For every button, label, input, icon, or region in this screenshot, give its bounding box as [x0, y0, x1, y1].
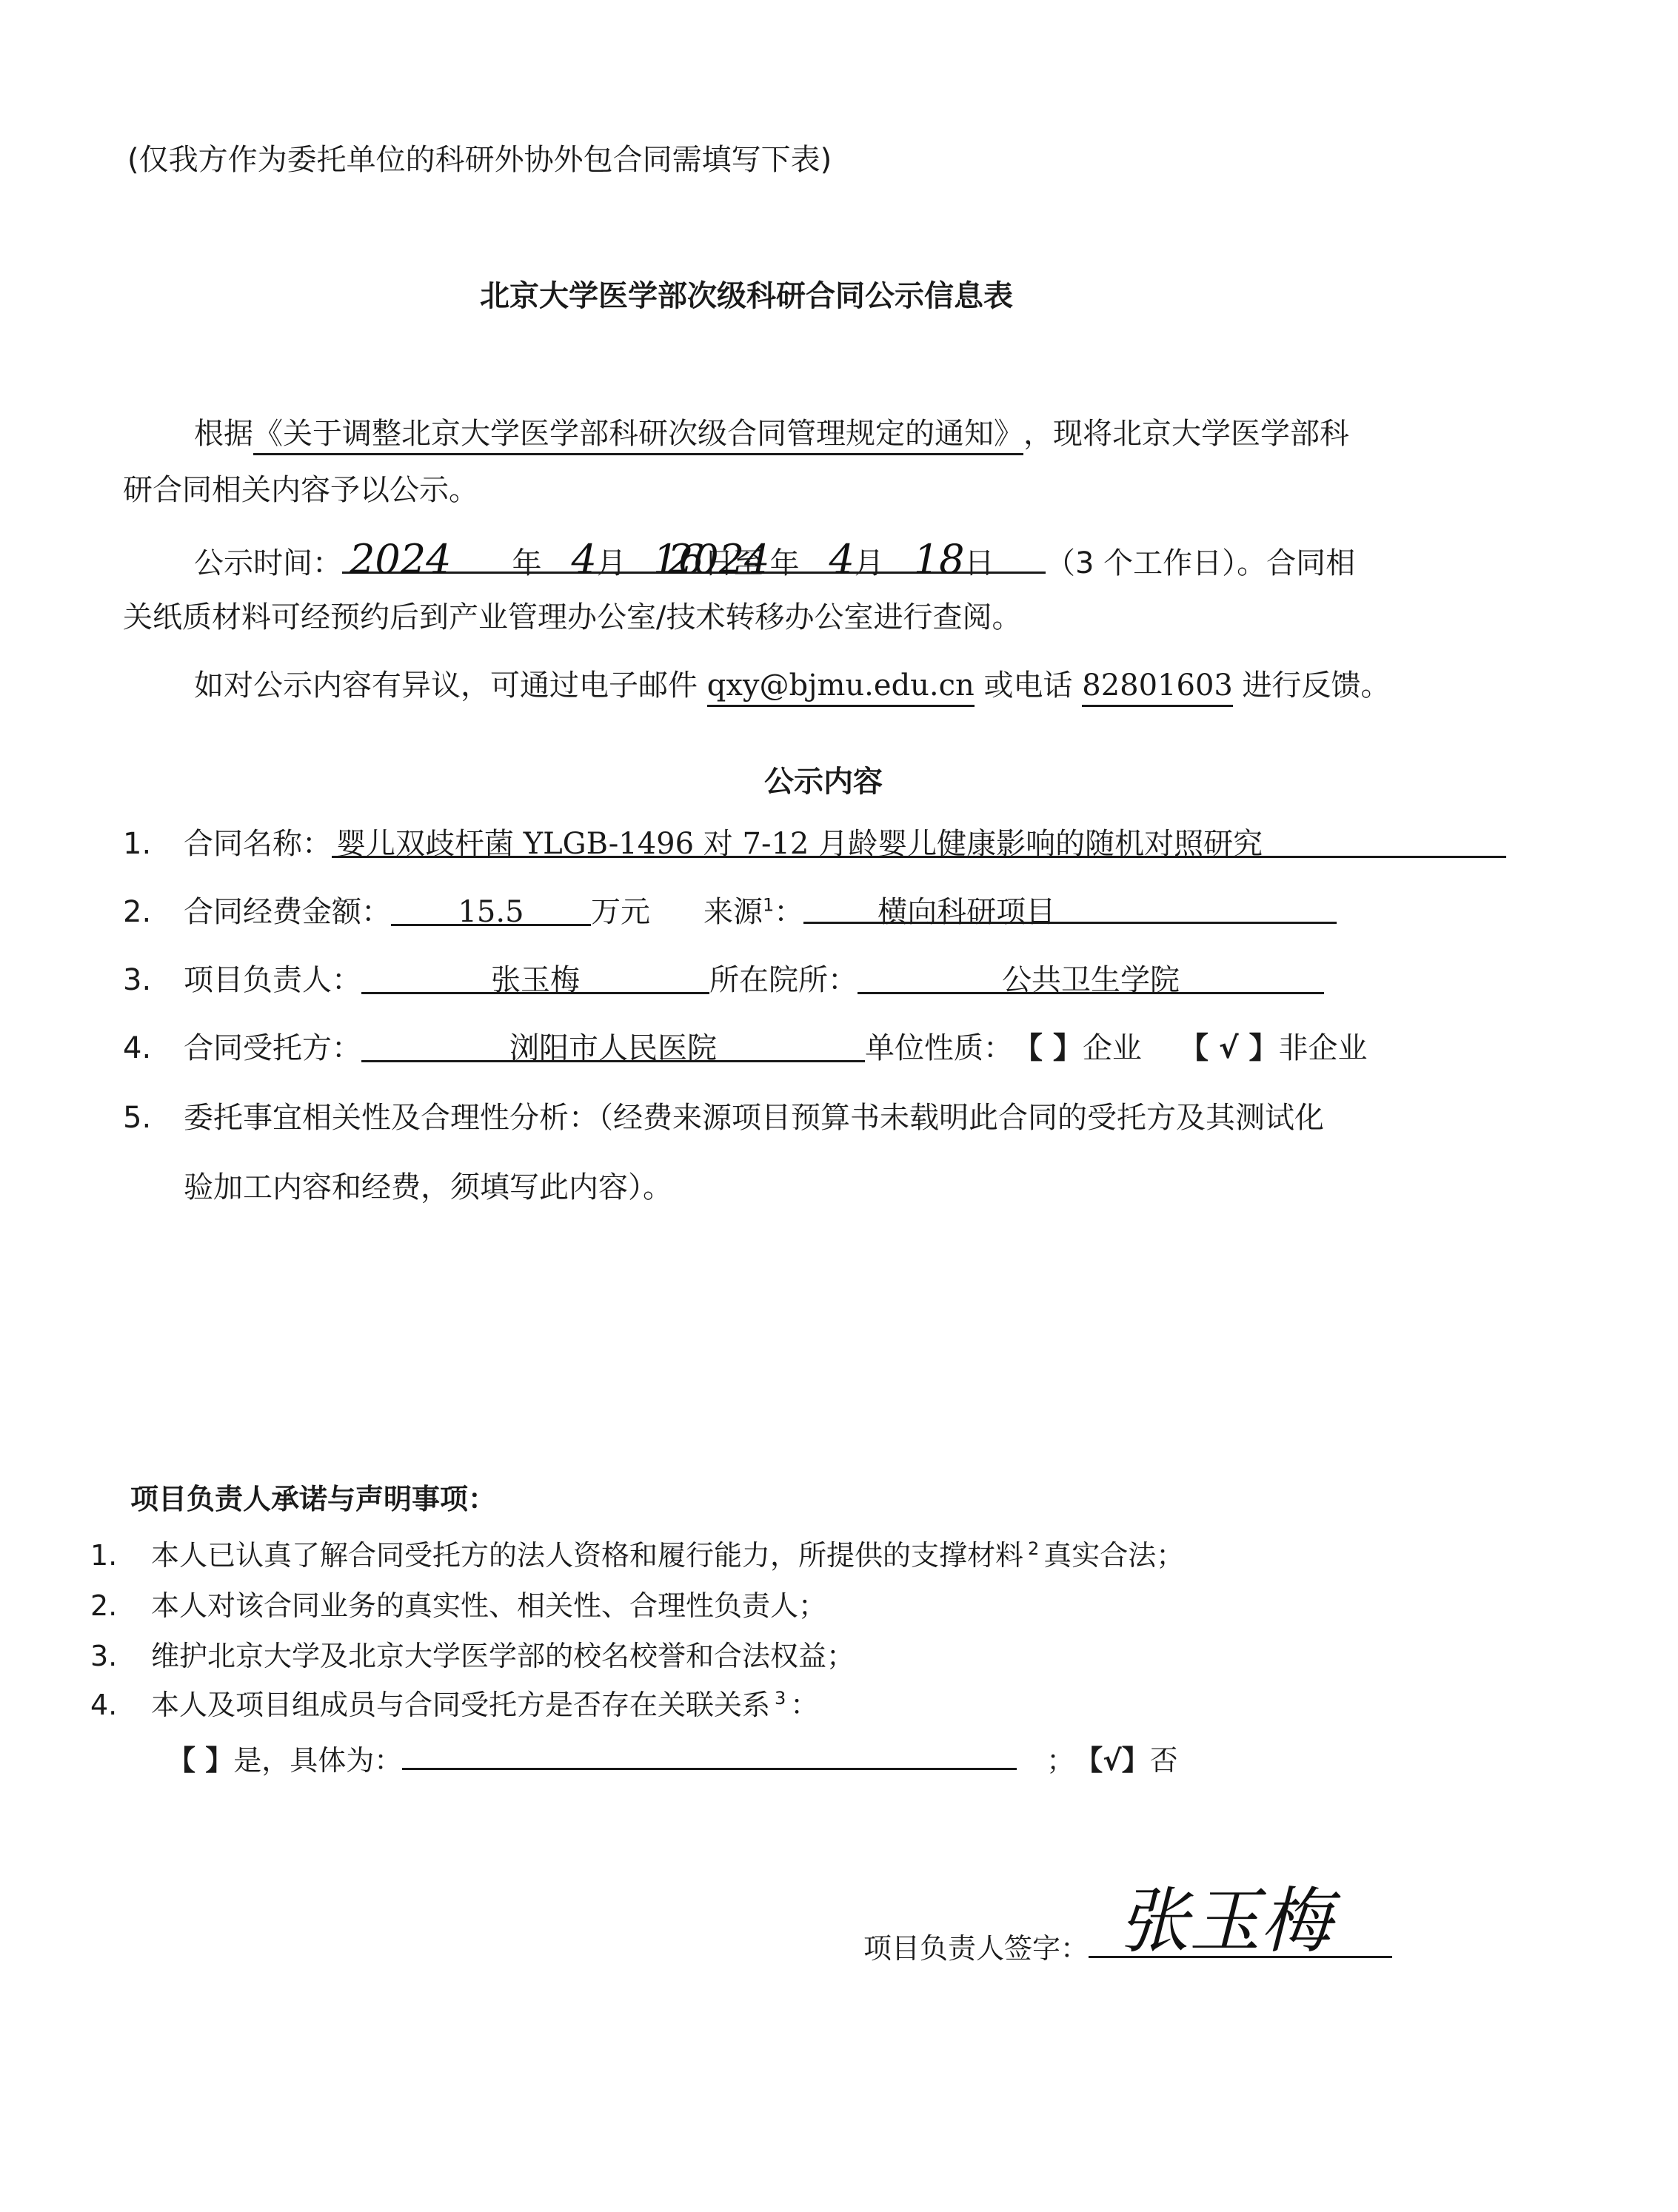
item-pi: 3.项目负责人：张玉梅所在院所：公共卫生学院 — [123, 961, 1324, 999]
commitments-title: 项目负责人承诺与声明事项： — [130, 1481, 496, 1518]
item-analysis-line-2: 验加工内容和经费，须填写此内容）。 — [184, 1168, 672, 1207]
workdays-note: （3 个工作日）。合同相 — [1046, 546, 1355, 580]
publicity-period: 公示时间：2024年4月16日至2024年4月18日（3 个工作日）。合同相 — [194, 540, 1355, 583]
commitment-item: 4.本人及项目组成员与合同受托方是否存在关联关系3： — [90, 1686, 818, 1723]
item-contract-name: 1.合同名称：婴儿双歧杆菌 YLGB-1496 对 7-12 月龄婴儿健康影响的… — [123, 825, 1506, 863]
analysis-text-area[interactable] — [184, 1221, 1517, 1473]
item-funding: 2.合同经费金额：15.5万元来源1：横向科研项目 — [123, 893, 1337, 931]
signature-field[interactable]: 张玉梅 — [1089, 1925, 1392, 1958]
start-date-field[interactable]: 2024年4月16日至 — [342, 540, 646, 574]
funding-source-field[interactable]: 横向科研项目 — [803, 893, 1337, 924]
intro-line-2: 研合同相关内容予以公示。 — [123, 471, 478, 509]
relation-no-checkbox[interactable]: 【√】 — [1074, 1742, 1149, 1779]
feedback-phone[interactable]: 82801603 — [1082, 666, 1233, 707]
period-label: 公示时间： — [194, 546, 342, 580]
signature-handwriting: 张玉梅 — [1118, 1880, 1331, 1962]
feedback-email-link[interactable]: qxy@bjmu.edu.cn — [707, 666, 975, 707]
enterprise-checkbox[interactable]: 【 】 — [1013, 1029, 1083, 1068]
commitment-item: 3.维护北京大学及北京大学医学部的校名校誉和合法权益； — [90, 1638, 855, 1675]
non-enterprise-checkbox[interactable]: 【 √ 】 — [1179, 1029, 1279, 1068]
contractee-field[interactable]: 浏阳市人民医院 — [361, 1029, 865, 1062]
contract-name-field[interactable]: 婴儿双歧杆菌 YLGB-1496 对 7-12 月龄婴儿健康影响的随机对照研究 — [332, 825, 1506, 858]
item-contractee: 4.合同受托方：浏阳市人民医院单位性质：【 】企业【 √ 】非企业 — [123, 1029, 1367, 1068]
end-date-field[interactable]: 2024年4月18日 — [646, 540, 1046, 574]
relation-row: 【 】是，具体为：；【√】否 — [167, 1737, 1178, 1779]
signature-label: 项目负责人签字： — [863, 1932, 1089, 1965]
relation-yes-checkbox[interactable]: 【 】 — [167, 1742, 233, 1779]
intro-line-1: 根据《关于调整北京大学医学部科研次级合同管理规定的通知》，现将北京大学医学部科 — [194, 415, 1349, 455]
relation-detail-field[interactable] — [402, 1737, 1017, 1770]
end-day: 18 — [914, 536, 965, 583]
period-line-2: 关纸质材料可经预约后到产业管理办公室/技术转移办公室进行查阅。 — [123, 598, 1021, 637]
page-title: 北京大学医学部次级科研合同公示信息表 — [480, 277, 1013, 315]
intro-suffix: ，现将北京大学医学部科 — [1023, 417, 1349, 451]
header-note: (仅我方作为委托单位的科研外协外包合同需填写下表) — [127, 141, 832, 179]
start-year: 2024 — [350, 536, 451, 583]
non-enterprise-label: 非企业 — [1278, 1031, 1367, 1065]
section-title: 公示内容 — [764, 763, 883, 801]
pi-name-field[interactable]: 张玉梅 — [361, 961, 709, 994]
enterprise-label: 企业 — [1083, 1031, 1142, 1065]
commitment-item: 1.本人已认真了解合同受托方的法人资格和履行能力，所提供的支撑材料2真实合法； — [90, 1537, 1184, 1574]
funding-amount-field[interactable]: 15.5 — [391, 893, 591, 926]
end-year: 2024 — [668, 536, 769, 583]
signature-row: 项目负责人签字：张玉梅 — [863, 1925, 1392, 1967]
intro-prefix: 根据 — [194, 417, 253, 451]
item-analysis: 5.委托事宜相关性及合理性分析：（经费来源项目预算书未载明此合同的受托方及其测试… — [123, 1099, 1324, 1137]
commitment-item: 2.本人对该合同业务的真实性、相关性、合理性负责人； — [90, 1587, 826, 1624]
start-month: 4 — [571, 536, 596, 583]
notice-link[interactable]: 《关于调整北京大学医学部科研次级合同管理规定的通知》 — [253, 415, 1023, 455]
pi-dept-field[interactable]: 公共卫生学院 — [858, 961, 1324, 994]
end-month: 4 — [829, 536, 854, 583]
feedback-line: 如对公示内容有异议，可通过电子邮件 qxy@bjmu.edu.cn 或电话 82… — [194, 666, 1391, 707]
